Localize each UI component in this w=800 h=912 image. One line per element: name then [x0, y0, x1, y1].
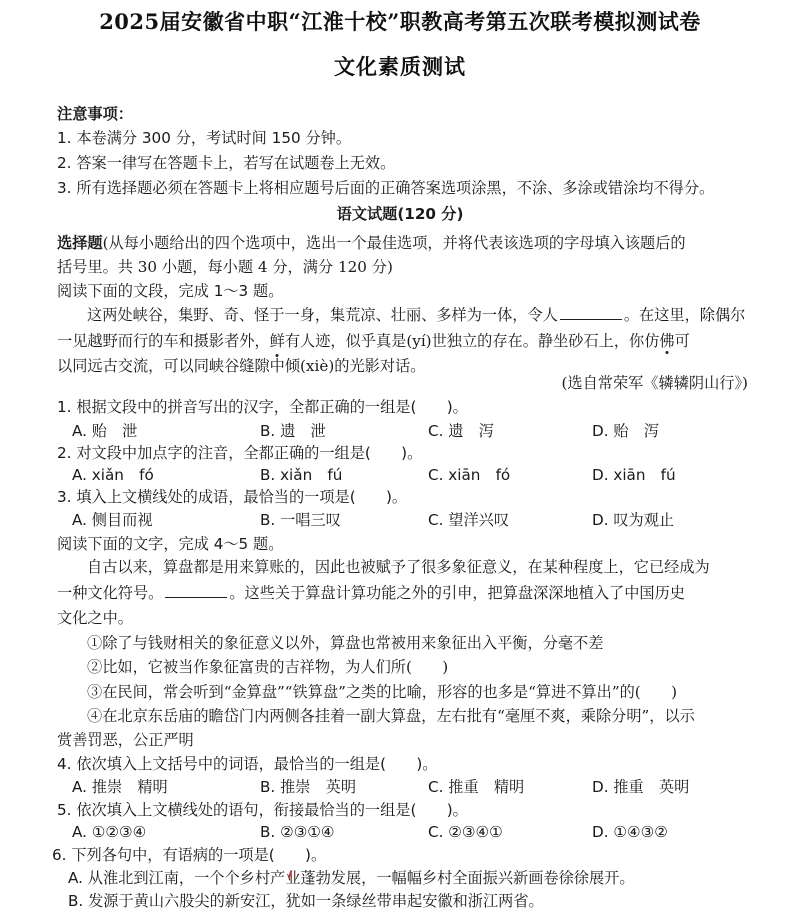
question-3-option-c[interactable]: C. 望洋兴叹 [428, 510, 509, 530]
question-1-option-c[interactable]: C. 遗 泻 [428, 421, 494, 441]
notice-item-2: 2. 答案一律写在答题卡上，若写在试题卷上无效。 [57, 153, 395, 173]
exam-page: 2025届安徽省中职“江淮十校”职教高考第五次联考模拟测试卷 文化素质测试 注意… [0, 0, 800, 912]
passage2-sentence-2: ②比如，它被当作象征富贵的吉祥物，为人们所( ) [87, 657, 448, 677]
passage1-line-3: 以同远古交流，可以同峡谷缝隙中倾(xiè)的光影对话。 [57, 356, 425, 376]
question-2-option-c[interactable]: C. xiān fó [428, 465, 510, 485]
passage2-text: 。这些关于算盘计算功能之外的引申，把算盘深深地植入了中国历史 [229, 584, 685, 602]
question-2-stem: 2. 对文段中加点字的注音，全都正确的一组是( )。 [57, 443, 422, 463]
passage2-intro: 阅读下面的文字，完成 4～5 题。 [57, 534, 283, 554]
question-2-option-a[interactable]: A. xiǎn fó [72, 465, 154, 485]
passage2-line-2: 一种文化符号。。这些关于算盘计算功能之外的引申，把算盘深深地植入了中国历史 [57, 583, 685, 603]
question-4-option-d[interactable]: D. 推重 英明 [592, 777, 689, 797]
passage2-sentence-1: ①除了与钱财相关的象征意义以外，算盘也常被用来象征出入平衡，分毫不差 [87, 633, 603, 653]
passage2-sentence-3: ③在民间，常会听到“金算盘”“铁算盘”之类的比喻，形容的也多是“算进不算出”的(… [87, 682, 677, 702]
passage2-line-3: 文化之中。 [57, 608, 133, 628]
question-1-stem: 1. 根据文段中的拼音写出的汉字，全都正确的一组是( )。 [57, 397, 468, 417]
passage1-intro: 阅读下面的文段，完成 1～3 题。 [57, 281, 283, 301]
fill-blank [560, 305, 622, 320]
question-4-stem: 4. 依次填入上文括号中的词语，最恰当的一组是( )。 [57, 754, 437, 774]
passage2-text: 一种文化符号。 [57, 584, 163, 602]
passage1-line-2: 一见越野而行的车和摄影者外，鲜有人迹，似乎真是(yí)世独立的存在。静坐砂石上，… [57, 331, 690, 351]
instructions-line-1: 选择题(从每小题给出的四个选项中，选出一个最佳选项，并将代表该选项的字母填入该题… [57, 233, 686, 253]
red-pen-mark: 业 [285, 869, 300, 887]
question-1-option-a[interactable]: A. 贻 泄 [72, 421, 137, 441]
question-4-option-b[interactable]: B. 推崇 英明 [260, 777, 356, 797]
passage1-text: 可 [675, 332, 690, 350]
option-text: 蓬勃发展，一幅幅乡村全面振兴新画卷徐徐展开。 [300, 869, 634, 887]
question-4-option-c[interactable]: C. 推重 精明 [428, 777, 524, 797]
passage1-text: 这两处峡谷，集野、奇、怪于一身，集荒凉、壮丽、多样为一体，令人 [87, 306, 558, 324]
exam-subtitle: 文化素质测试 [0, 51, 800, 81]
question-1-option-d[interactable]: D. 贻 泻 [592, 421, 659, 441]
passage1-text: 以同远古交流，可以同峡谷缝隙 [57, 357, 270, 375]
dotted-char: 中 [270, 357, 285, 375]
question-4-option-a[interactable]: A. 推崇 精明 [72, 777, 168, 797]
question-5-option-d[interactable]: D. ①④③② [592, 822, 668, 842]
passage1-text: 倾(xiè)的光影对话。 [285, 357, 426, 375]
notice-item-1: 1. 本卷满分 300 分，考试时间 150 分钟。 [57, 128, 351, 148]
passage1-source: (选自常荣军《辚辚阴山行》) [561, 373, 748, 393]
question-3-option-a[interactable]: A. 侧目而视 [72, 510, 153, 530]
question-3-option-b[interactable]: B. 一唱三叹 [260, 510, 341, 530]
notice-item-3: 3. 所有选择题必须在答题卡上将相应题号后面的正确答案选项涂黑，不涂、多涂或错涂… [57, 178, 714, 198]
passage2-sentence-4: ④在北京东岳庙的瞻岱门内两侧各挂着一副大算盘，左右批有“毫厘不爽，乘除分明”，以… [87, 706, 695, 726]
question-5-option-a[interactable]: A. ①②③④ [72, 822, 146, 842]
dotted-char: 佛 [659, 332, 674, 350]
question-6-option-a[interactable]: A. 从淮北到江南，一个个乡村产业蓬勃发展，一幅幅乡村全面振兴新画卷徐徐展开。 [68, 868, 635, 888]
notice-label: 注意事项： [57, 104, 133, 124]
question-6-option-b[interactable]: B. 发源于黄山六股尖的新安江，犹如一条绿丝带串起安徽和浙江两省。 [68, 891, 544, 911]
passage1-text: 。在这里，除偶尔 [624, 306, 746, 324]
question-6-stem: 6. 下列各句中，有语病的一项是( )。 [52, 845, 326, 865]
instructions-line-2: 括号里。共 30 小题，每小题 4 分，满分 120 分) [57, 257, 393, 277]
fill-blank [165, 583, 227, 598]
passage2-sentence-4-cont: 赏善罚恶，公正严明 [57, 730, 194, 750]
section-title: 语文试题(120 分) [0, 204, 800, 224]
question-2-option-b[interactable]: B. xiǎn fú [260, 465, 342, 485]
exam-title: 2025届安徽省中职“江淮十校”职教高考第五次联考模拟测试卷 [0, 6, 800, 36]
question-5-stem: 5. 依次填入上文横线处的语句，衔接最恰当的一组是( )。 [57, 800, 468, 820]
passage1-line-1: 这两处峡谷，集野、奇、怪于一身，集荒凉、壮丽、多样为一体，令人。在这里，除偶尔 [87, 305, 745, 325]
question-2-option-d[interactable]: D. xiān fú [592, 465, 676, 485]
instructions-label: 选择题 [57, 234, 103, 252]
question-5-option-c[interactable]: C. ②③④① [428, 822, 503, 842]
question-3-stem: 3. 填入上文横线处的成语，最恰当的一项是( )。 [57, 487, 407, 507]
question-3-option-d[interactable]: D. 叹为观止 [592, 510, 674, 530]
option-text: A. 从淮北到江南，一个个乡村产 [68, 869, 285, 887]
instructions-text-1: (从每小题给出的四个选项中，选出一个最佳选项，并将代表该选项的字母填入该题后的 [103, 234, 686, 252]
passage2-line-1: 自古以来，算盘都是用来算账的，因此也被赋予了很多象征意义，在某种程度上，它已经成… [87, 557, 710, 577]
passage1-text: 一见越野而行的车和摄影者外，鲜有人迹，似乎真是(yí)世独立的存在。静坐砂石上，… [57, 332, 659, 350]
question-5-option-b[interactable]: B. ②③①④ [260, 822, 335, 842]
question-1-option-b[interactable]: B. 遗 泄 [260, 421, 326, 441]
